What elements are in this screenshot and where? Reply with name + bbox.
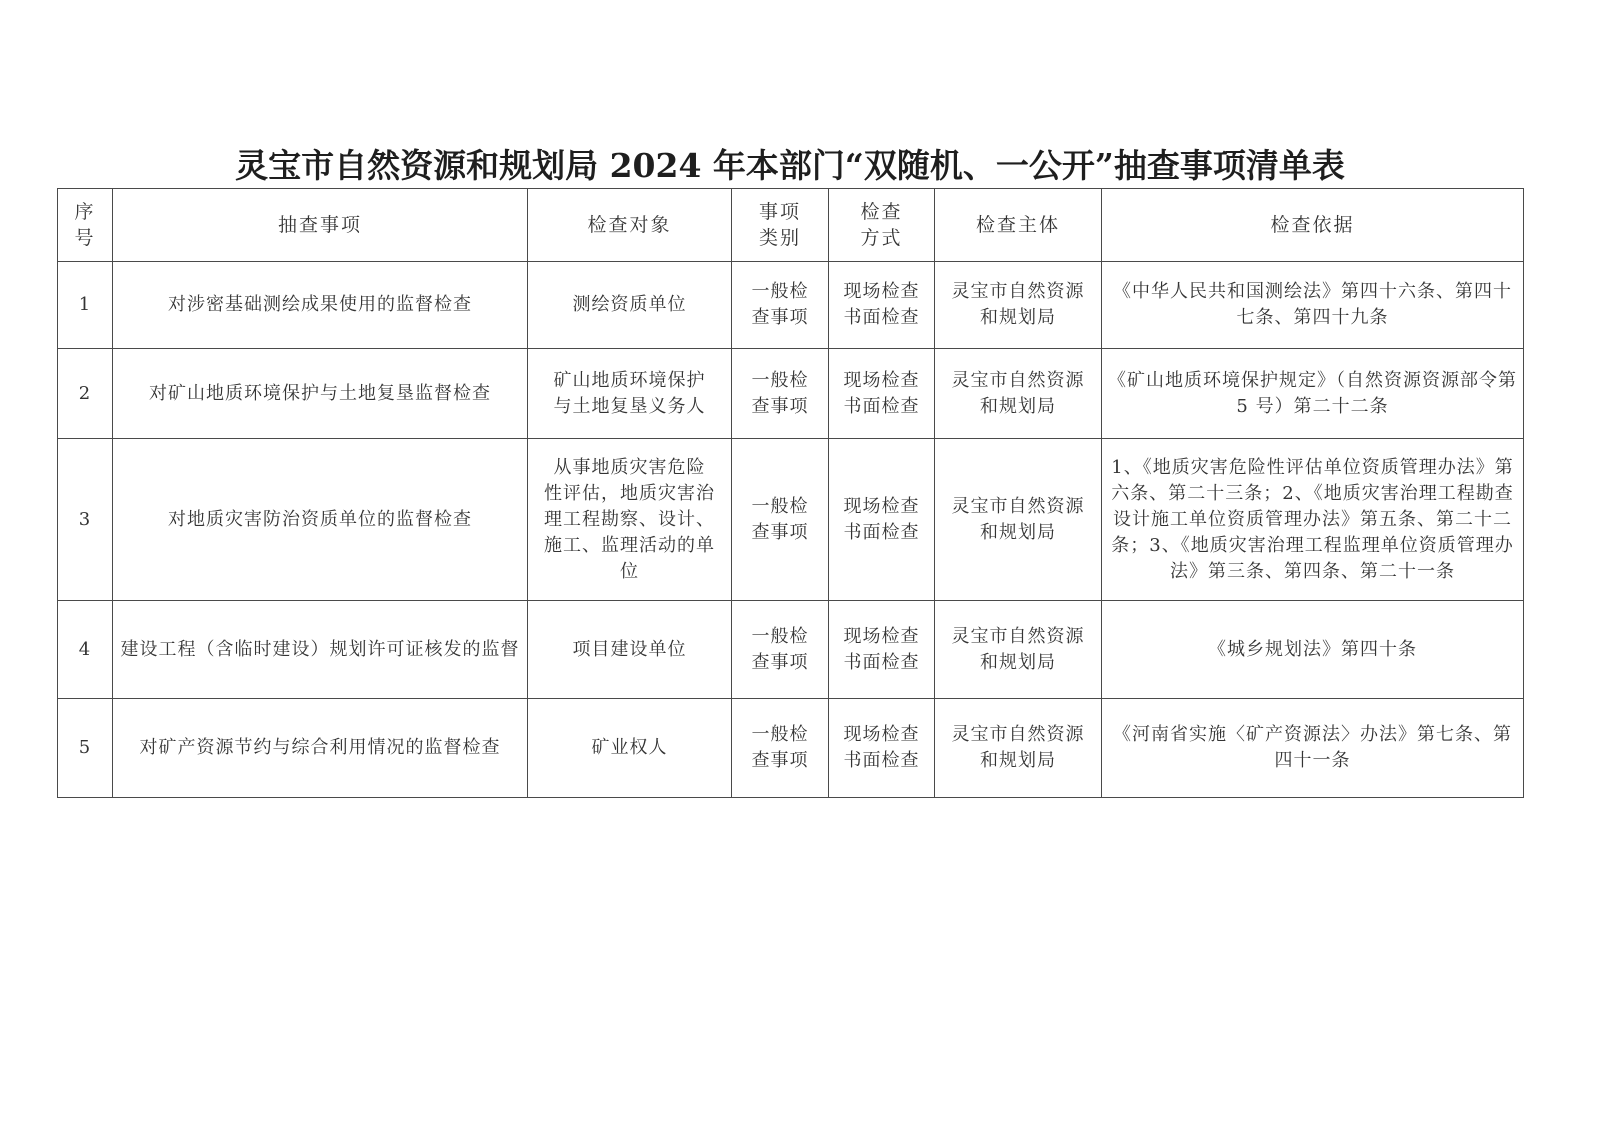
header-category-label: 事项 类别: [759, 199, 801, 251]
cell-basis-text: 1、《地质灾害危险性评估单位资质管理办法》第六条、第二十三条；2、《地质灾害治理…: [1108, 455, 1517, 585]
cell-object: 矿业权人: [528, 699, 732, 798]
cell-category: 一般检 查事项: [732, 439, 829, 601]
cell-subject: 灵宝市自然资源 和规划局: [935, 601, 1102, 699]
cell-object: 项目建设单位: [528, 601, 732, 699]
cell-basis: 《河南省实施〈矿产资源法〉办法》第七条、第四十一条: [1102, 699, 1524, 798]
cell-basis: 《城乡规划法》第四十条: [1102, 601, 1524, 699]
cell-item: 对地质灾害防治资质单位的监督检查: [113, 439, 528, 601]
cell-subject: 灵宝市自然资源 和规划局: [935, 262, 1102, 349]
cell-subject-text: 灵宝市自然资源 和规划局: [952, 722, 1085, 774]
cell-method-text: 现场检查 书面检查: [844, 279, 920, 331]
cell-basis: 《中华人民共和国测绘法》第四十六条、第四十七条、第四十九条: [1102, 262, 1524, 349]
cell-subject-text: 灵宝市自然资源 和规划局: [952, 624, 1085, 676]
cell-method-text: 现场检查 书面检查: [844, 368, 920, 420]
cell-category: 一般检 查事项: [732, 699, 829, 798]
cell-object: 测绘资质单位: [528, 262, 732, 349]
cell-basis-text: 《河南省实施〈矿产资源法〉办法》第七条、第四十一条: [1108, 722, 1517, 774]
cell-category-text: 一般检 查事项: [752, 368, 809, 420]
cell-subject-text: 灵宝市自然资源 和规划局: [952, 494, 1085, 546]
cell-basis-text: 《中华人民共和国测绘法》第四十六条、第四十七条、第四十九条: [1108, 279, 1517, 331]
cell-subject-text: 灵宝市自然资源 和规划局: [952, 368, 1085, 420]
cell-category-text: 一般检 查事项: [752, 624, 809, 676]
cell-object: 从事地质灾害危险 性评估，地质灾害治 理工程勘察、设计、 施工、监理活动的单 位: [528, 439, 732, 601]
cell-method: 现场检查 书面检查: [829, 699, 935, 798]
cell-object: 矿山地质环境保护 与土地复垦义务人: [528, 349, 732, 439]
cell-object-text: 矿业权人: [592, 735, 668, 761]
cell-method: 现场检查 书面检查: [829, 439, 935, 601]
cell-object-text: 测绘资质单位: [573, 292, 687, 318]
cell-item: 对涉密基础测绘成果使用的监督检查: [113, 262, 528, 349]
header-item: 抽查事项: [113, 189, 528, 262]
cell-seq: 1: [58, 262, 113, 349]
header-object: 检查对象: [528, 189, 732, 262]
cell-category-text: 一般检 查事项: [752, 279, 809, 331]
cell-category: 一般检 查事项: [732, 601, 829, 699]
header-subject: 检查主体: [935, 189, 1102, 262]
cell-method: 现场检查 书面检查: [829, 262, 935, 349]
cell-basis: 1、《地质灾害危险性评估单位资质管理办法》第六条、第二十三条；2、《地质灾害治理…: [1102, 439, 1524, 601]
table-row: 3 对地质灾害防治资质单位的监督检查 从事地质灾害危险 性评估，地质灾害治 理工…: [58, 439, 1524, 601]
cell-subject-text: 灵宝市自然资源 和规划局: [952, 279, 1085, 331]
cell-object-text: 矿山地质环境保护 与土地复垦义务人: [554, 368, 706, 420]
cell-seq: 5: [58, 699, 113, 798]
table-row: 2 对矿山地质环境保护与土地复垦监督检查 矿山地质环境保护 与土地复垦义务人 一…: [58, 349, 1524, 439]
cell-subject: 灵宝市自然资源 和规划局: [935, 349, 1102, 439]
cell-basis: 《矿山地质环境保护规定》（自然资源资源部令第 5 号）第二十二条: [1102, 349, 1524, 439]
table-row: 4 建设工程（含临时建设）规划许可证核发的监督 项目建设单位 一般检 查事项 现…: [58, 601, 1524, 699]
cell-basis-text: 《矿山地质环境保护规定》（自然资源资源部令第 5 号）第二十二条: [1108, 368, 1517, 420]
cell-object-text: 从事地质灾害危险 性评估，地质灾害治 理工程勘察、设计、 施工、监理活动的单 位: [544, 455, 715, 585]
header-seq-label: 序 号: [74, 199, 95, 251]
cell-item: 对矿山地质环境保护与土地复垦监督检查: [113, 349, 528, 439]
cell-item: 对矿产资源节约与综合利用情况的监督检查: [113, 699, 528, 798]
header-seq: 序 号: [58, 189, 113, 262]
cell-seq: 3: [58, 439, 113, 601]
header-method-label: 检查 方式: [860, 199, 902, 251]
header-category: 事项 类别: [732, 189, 829, 262]
header-basis: 检查依据: [1102, 189, 1524, 262]
cell-item: 建设工程（含临时建设）规划许可证核发的监督: [113, 601, 528, 699]
header-method: 检查 方式: [829, 189, 935, 262]
table-header-row: 序 号 抽查事项 检查对象 事项 类别 检查 方式 检查主体 检查依据: [58, 189, 1524, 262]
cell-method-text: 现场检查 书面检查: [844, 722, 920, 774]
table-row: 1 对涉密基础测绘成果使用的监督检查 测绘资质单位 一般检 查事项 现场检查 书…: [58, 262, 1524, 349]
page-title: 灵宝市自然资源和规划局 2024 年本部门“双随机、一公开”抽查事项清单表: [0, 140, 1580, 187]
cell-category: 一般检 查事项: [732, 262, 829, 349]
cell-basis-text: 《城乡规划法》第四十条: [1108, 637, 1517, 663]
cell-method: 现场检查 书面检查: [829, 601, 935, 699]
inspection-items-table: 序 号 抽查事项 检查对象 事项 类别 检查 方式 检查主体 检查依据 1 对涉…: [57, 188, 1524, 798]
cell-object-text: 项目建设单位: [573, 637, 687, 663]
cell-method-text: 现场检查 书面检查: [844, 494, 920, 546]
cell-seq: 2: [58, 349, 113, 439]
cell-method-text: 现场检查 书面检查: [844, 624, 920, 676]
cell-subject: 灵宝市自然资源 和规划局: [935, 439, 1102, 601]
cell-category-text: 一般检 查事项: [752, 494, 809, 546]
table-row: 5 对矿产资源节约与综合利用情况的监督检查 矿业权人 一般检 查事项 现场检查 …: [58, 699, 1524, 798]
cell-category: 一般检 查事项: [732, 349, 829, 439]
cell-subject: 灵宝市自然资源 和规划局: [935, 699, 1102, 798]
cell-method: 现场检查 书面检查: [829, 349, 935, 439]
cell-seq: 4: [58, 601, 113, 699]
cell-category-text: 一般检 查事项: [752, 722, 809, 774]
